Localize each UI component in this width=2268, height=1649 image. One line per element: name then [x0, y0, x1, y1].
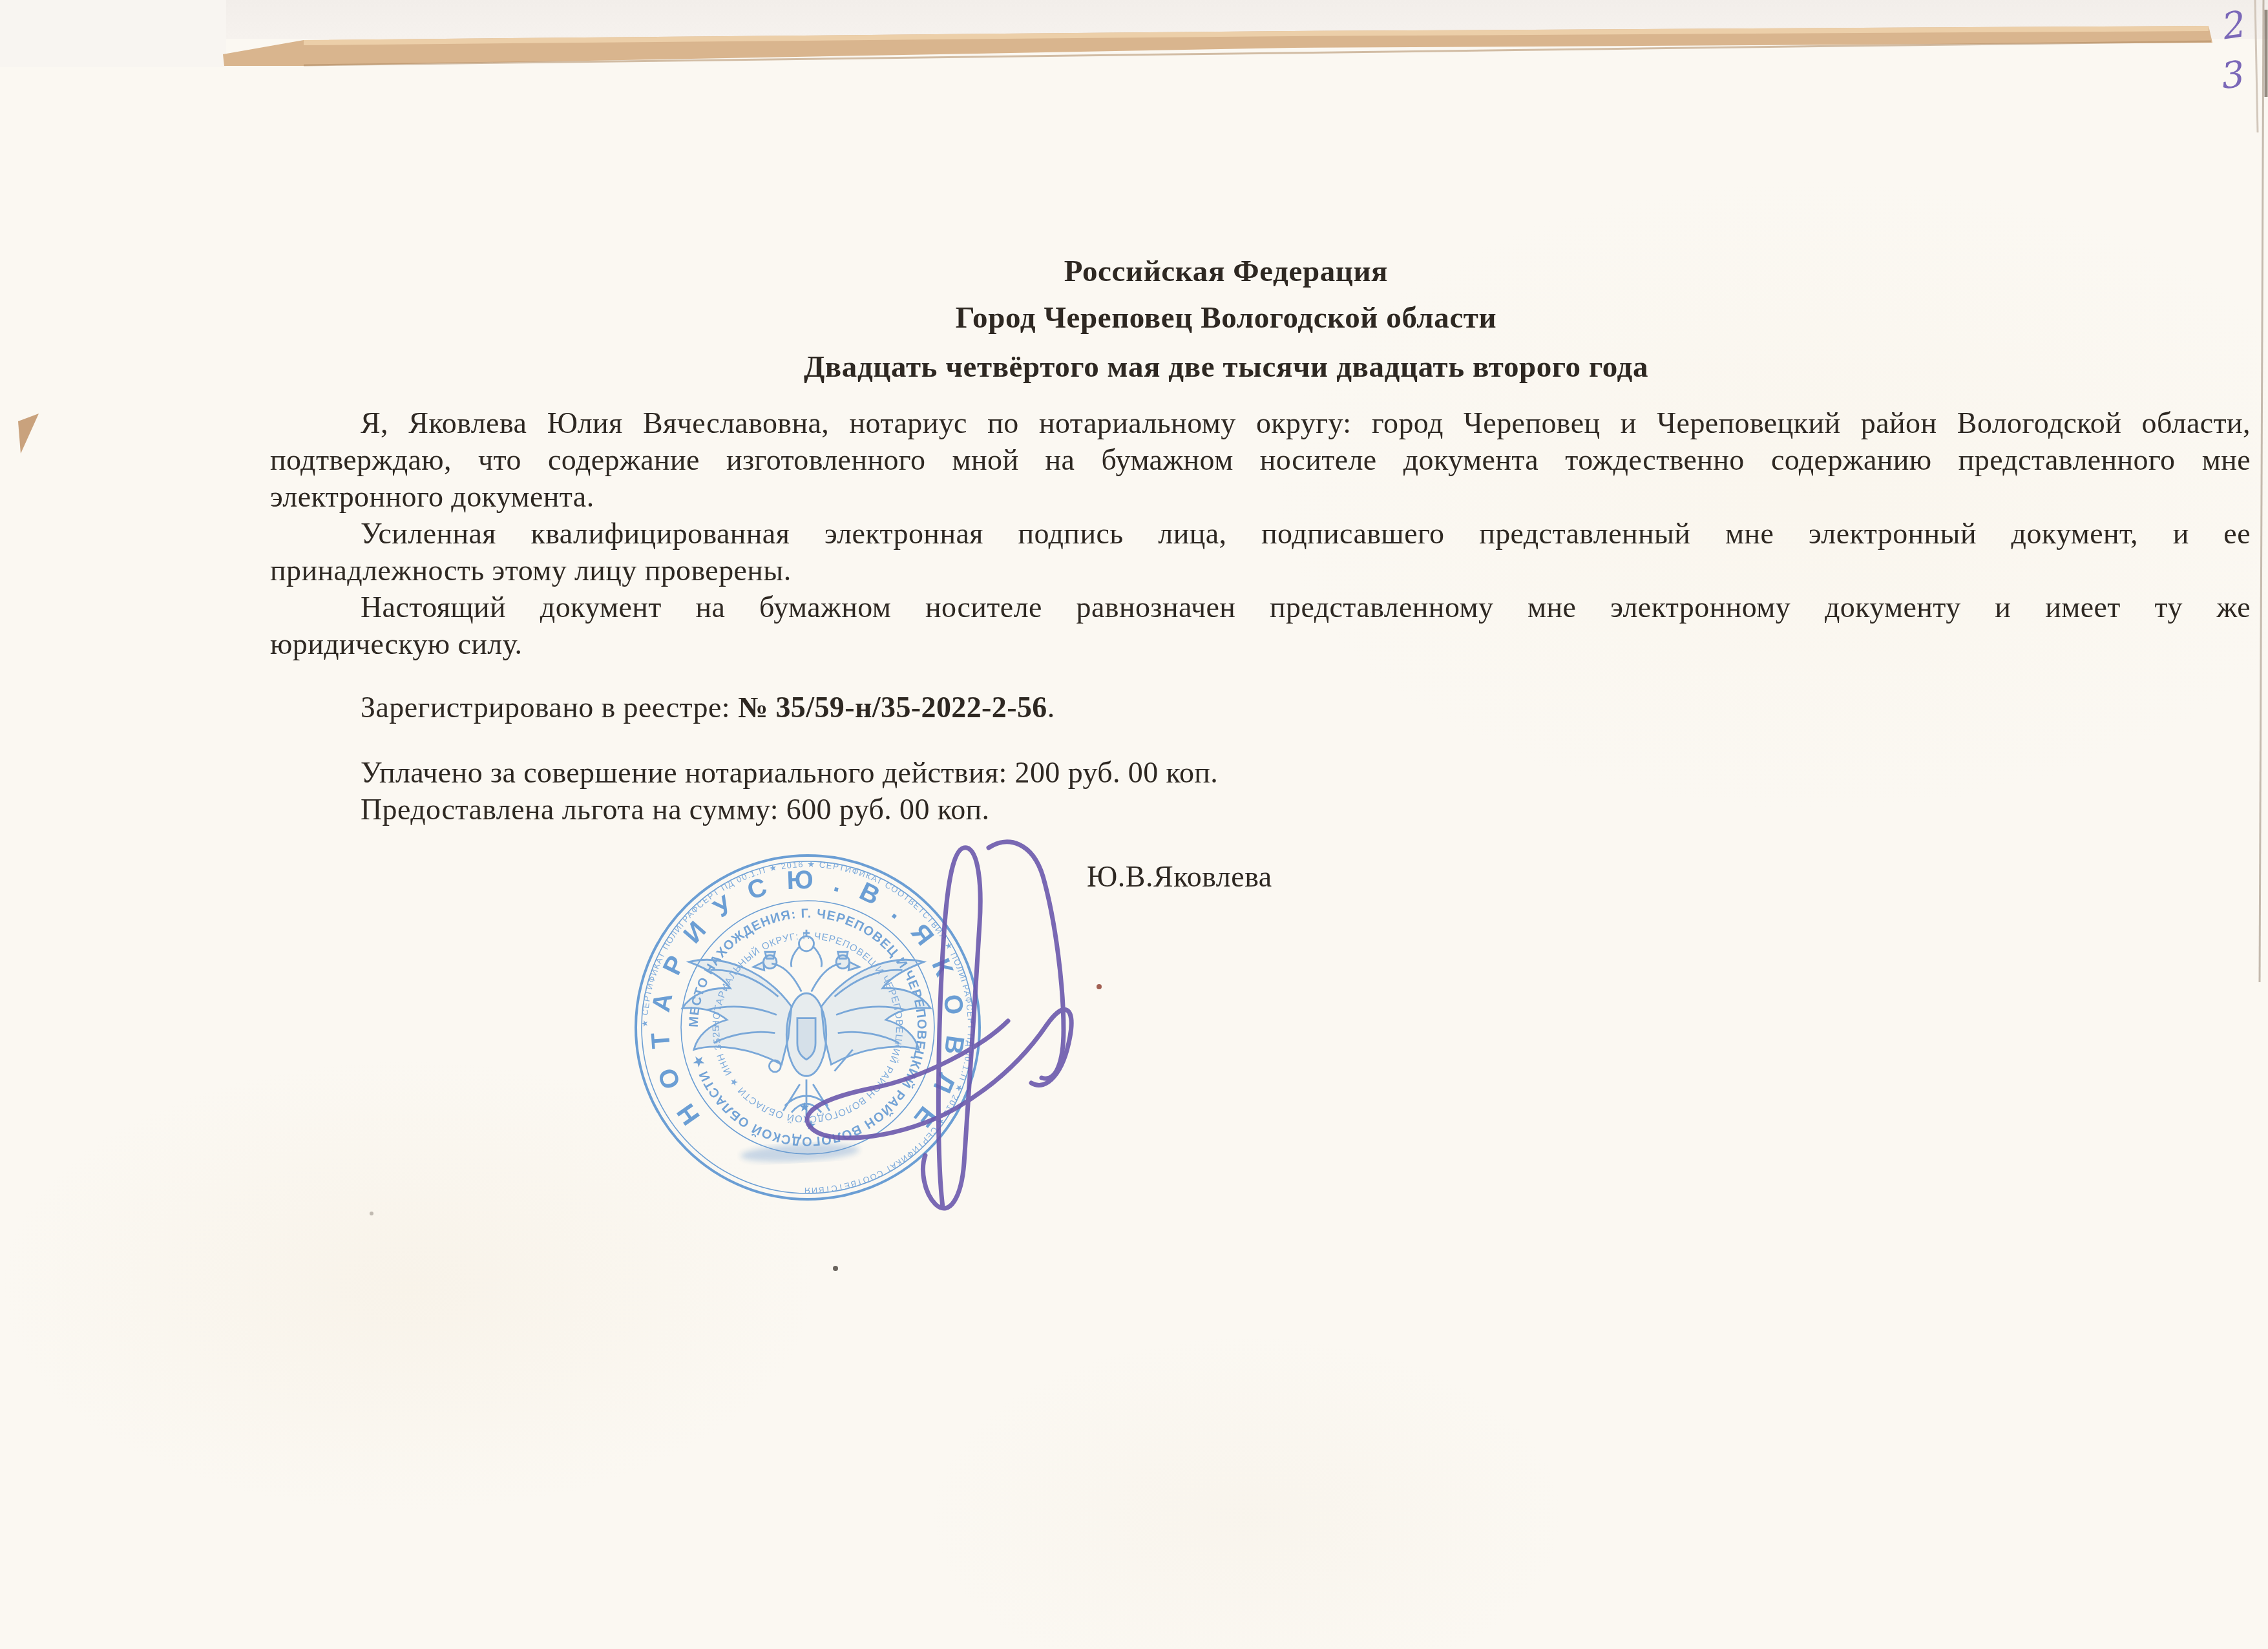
scan-speck [1097, 984, 1102, 989]
registry-prefix: Зарегистрировано в реестре: [361, 691, 738, 724]
paragraph-equivalence: Настоящий документ на бумажном носителе … [270, 589, 2251, 662]
signature-right-stroke [989, 842, 1064, 1078]
notary-name-typed: Ю.В.Яковлева [1087, 859, 1272, 894]
paragraph-identity: Я, Яковлева Юлия Вячеславовна, нотариус … [270, 404, 2251, 515]
doc-header-country: Российская Федерация [187, 253, 2265, 289]
eagle-left-beak [753, 962, 764, 971]
fee-discount-text: Предоставлена льгота на сумму: 600 руб. … [361, 793, 989, 826]
paragraph-line: Усиленная квалифицированная электронная … [270, 515, 2251, 552]
handwritten-page-number-bottom: 3 [2220, 54, 2247, 98]
scan-top-page-edge [0, 0, 2268, 39]
paragraph-signature-verified: Усиленная квалифицированная электронная … [270, 515, 2251, 589]
page-edge-shadow-line [304, 41, 2211, 65]
eagle-crown-ribbons [791, 947, 821, 967]
paragraph-line: принадлежность этому лицу проверены. [270, 552, 2251, 589]
eagle-right-neck [812, 963, 841, 992]
sheet-right-edge-line [2260, 0, 2263, 982]
fee-paid-line: Уплачено за совершение нотариального дей… [270, 754, 2251, 791]
eagle-chest-shield [797, 1018, 815, 1060]
doc-header-date: Двадцать четвёртого мая две тысячи двадц… [187, 349, 2265, 385]
fee-discount-line: Предоставлена льгота на сумму: 600 руб. … [270, 791, 2251, 828]
left-edge-paper-speck [18, 414, 39, 454]
stamp-star: ★ [805, 1119, 817, 1133]
notary-stamp: ★ СЕРТИФИКАТ ПОЛИГРАФСЕРТ ПД 00.1.П ★ 20… [627, 846, 989, 1208]
scan-speck [370, 1212, 373, 1215]
paragraph-line: Я, Яковлева Юлия Вячеславовна, нотариус … [270, 404, 2251, 441]
fees-block: Уплачено за совершение нотариального дей… [270, 754, 2251, 828]
eagle-left-neck [772, 963, 801, 992]
paragraph-line: Настоящий документ на бумажном носителе … [270, 589, 2251, 625]
paragraph-line: электронного документа. [270, 478, 2251, 515]
scan-speck [833, 1266, 838, 1271]
eagle-orb [769, 1060, 781, 1072]
fee-paid-text: Уплачено за совершение нотариального дей… [361, 756, 1218, 789]
paragraph-text: Я, Яковлева Юлия Вячеславовна, нотариус … [361, 406, 2251, 439]
registry-line: Зарегистрировано в реестре: № 35/59-н/35… [270, 689, 2251, 726]
doc-header-city: Город Череповец Вологодской области [187, 300, 2265, 336]
eagle-right-beak [848, 962, 859, 971]
registry-number: № 35/59-н/35-2022-2-56 [738, 691, 1047, 724]
stamp-bottom-smudge [740, 1141, 859, 1164]
scan-top-left-sliver [0, 0, 226, 67]
eagle-left-crown [765, 952, 775, 958]
eagle-right-crown [838, 952, 848, 958]
paragraph-text: Усиленная квалифицированная электронная … [361, 517, 2251, 550]
paragraph-text: Настоящий документ на бумажном носителе … [361, 591, 2251, 624]
paragraph-line: подтверждаю, что содержание изготовленно… [270, 441, 2251, 478]
registry-suffix: . [1047, 691, 1055, 724]
paragraph-line: юридическую силу. [270, 625, 2251, 662]
stamp-star: ★ [799, 1100, 810, 1115]
